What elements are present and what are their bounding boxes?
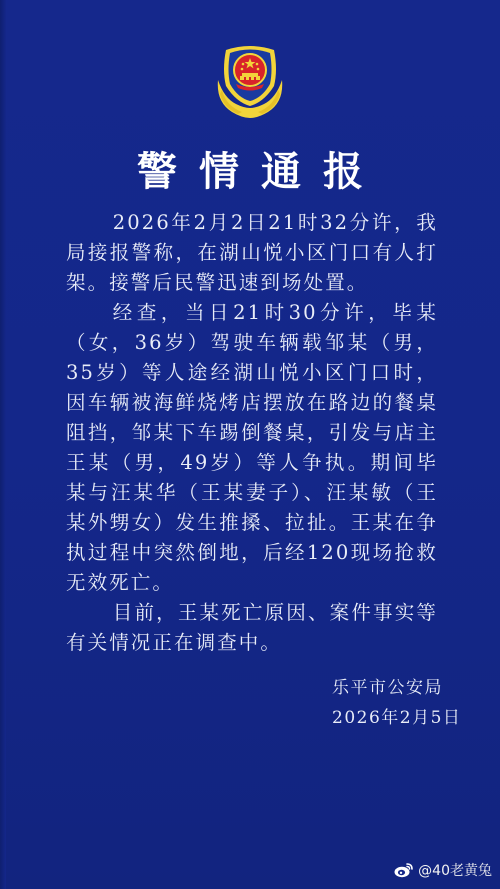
- notice-page: 警情通报 2026年2月2日21时32分许，我局接报警称，在湖山悦小区门口有人打…: [0, 0, 500, 889]
- weibo-icon: [394, 862, 414, 878]
- weibo-watermark: @40老黄兔: [394, 860, 492, 880]
- notice-body: 2026年2月2日21时32分许，我局接报警称，在湖山悦小区门口有人打架。接警后…: [66, 208, 438, 658]
- paragraph-report: 2026年2月2日21时32分许，我局接报警称，在湖山悦小区门口有人打架。接警后…: [66, 208, 438, 298]
- police-emblem-icon: [212, 40, 288, 120]
- paragraph-status: 目前，王某死亡原因、案件事实等有关情况正在调查中。: [66, 598, 438, 658]
- watermark-handle: @40老黄兔: [418, 860, 492, 880]
- issuer-name: 乐平市公安局: [332, 673, 461, 703]
- notice-title: 警情通报: [0, 146, 500, 198]
- signature-block: 乐平市公安局 2026年2月5日: [332, 673, 461, 733]
- issue-date: 2026年2月5日: [332, 703, 461, 733]
- paragraph-investigation: 经查，当日21时30分许，毕某（女，36岁）驾驶车辆载邹某（男，35岁）等人途经…: [66, 298, 438, 598]
- page-edge: [0, 0, 6, 889]
